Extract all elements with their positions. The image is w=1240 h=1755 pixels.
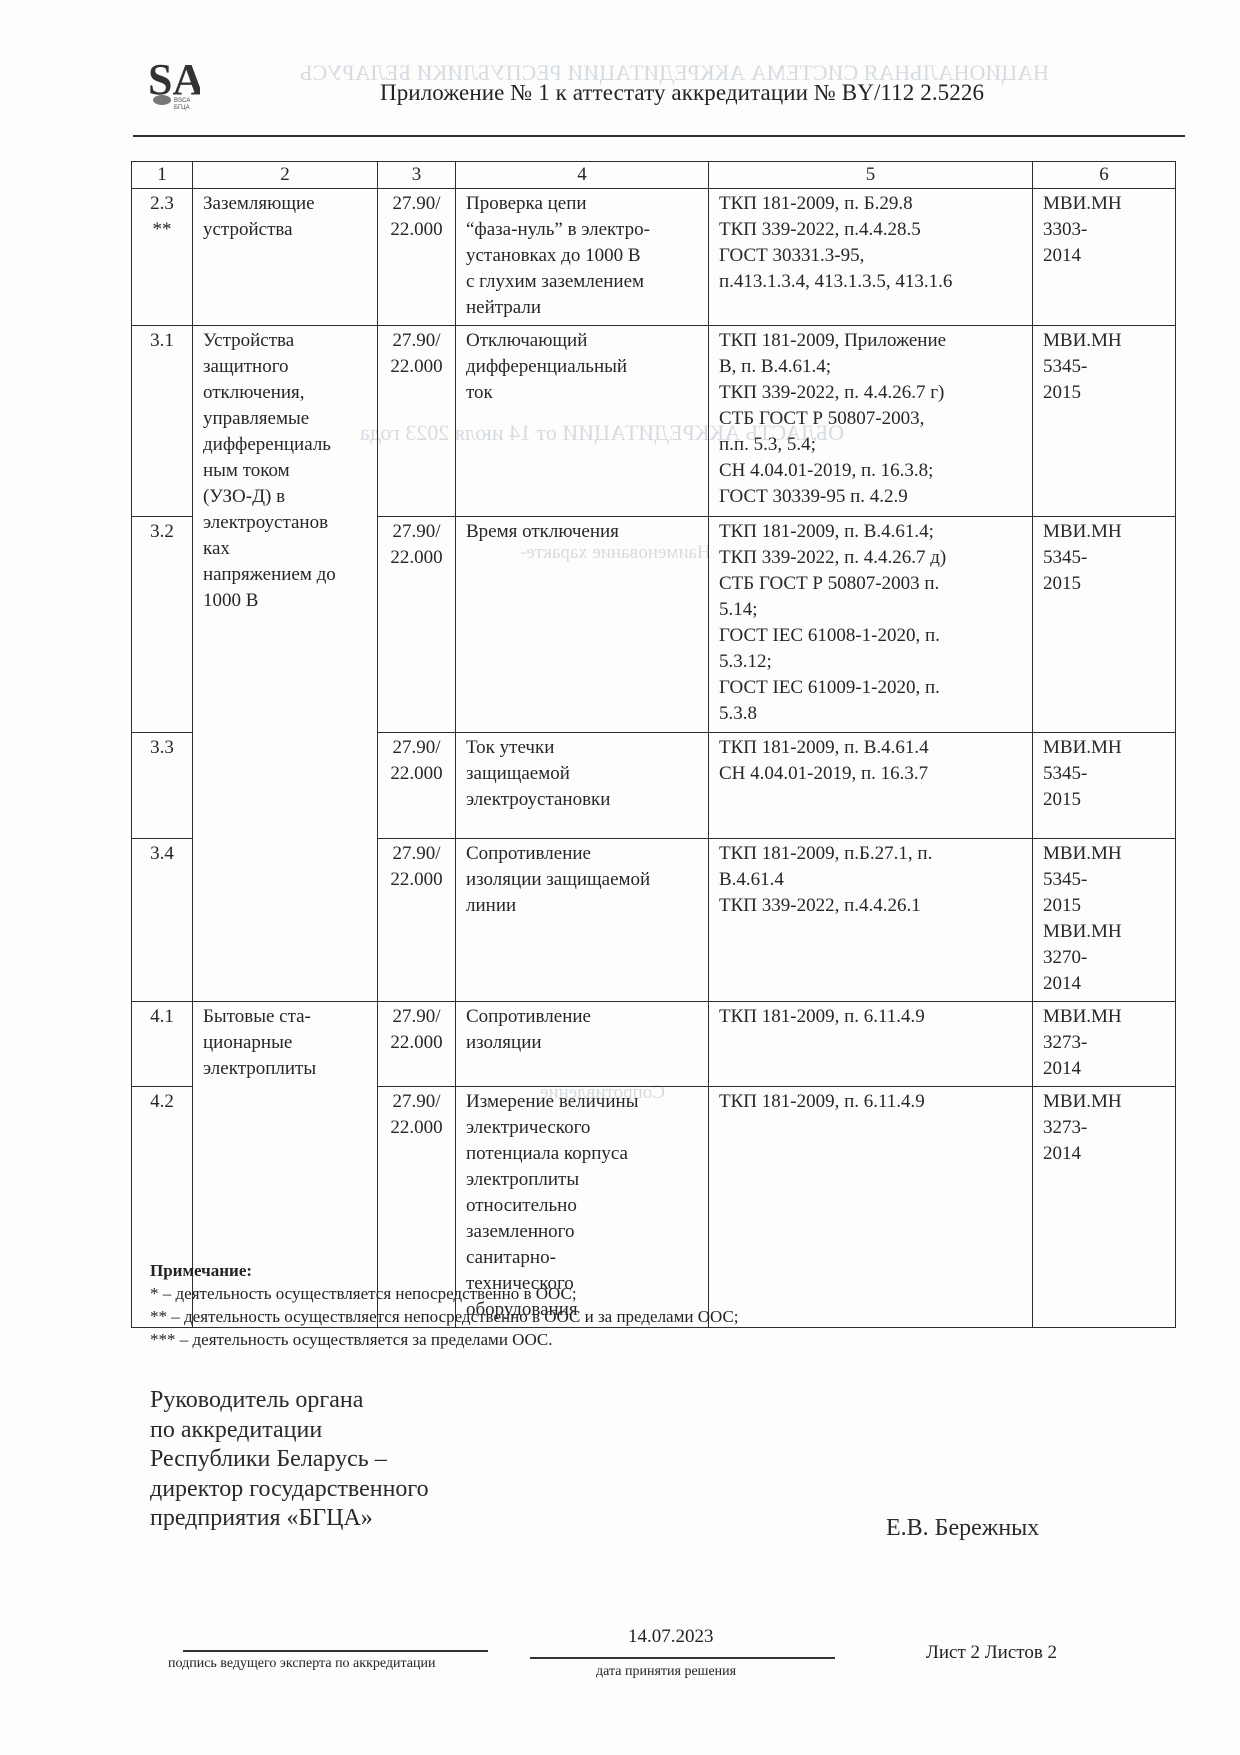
product-code: 27.90/22.000: [378, 733, 456, 839]
characteristic: Время отключения: [456, 517, 709, 733]
decision-date: 14.07.2023: [628, 1626, 714, 1648]
signatory-position: Руководитель органа по аккредитации Респ…: [150, 1386, 429, 1534]
svg-text:BSCA: BSCA: [174, 98, 190, 104]
product-code: 27.90/22.000: [378, 326, 456, 517]
characteristic: Ток утечкизащищаемойэлектроустановки: [456, 733, 709, 839]
row-number: 3.4: [132, 839, 193, 1002]
notes-section: Примечание: * – деятельность осуществляе…: [150, 1259, 739, 1351]
note-item: *** – деятельность осуществляется за пре…: [150, 1328, 739, 1351]
requirements-document: ТКП 181-2009, п. Б.29.8ТКП 339-2022, п.4…: [709, 189, 1033, 326]
row-number: 4.1: [132, 1002, 193, 1087]
method-document: МВИ.МН 5345-2015: [1033, 517, 1176, 733]
bsca-logo: SA BSCA БГЦА: [148, 56, 200, 112]
characteristic: Сопротивлениеизоляции защищаемойлинии: [456, 839, 709, 1002]
requirements-document: ТКП 181-2009, п. В.4.61.4СН 4.04.01-2019…: [709, 733, 1033, 839]
method-document: МВИ.МН 5345-2015МВИ.МН 3270-2014: [1033, 839, 1176, 1002]
test-object-rcd: Устройствазащитногоотключения,управляемы…: [193, 326, 378, 1002]
decision-date-caption: дата принятия решения: [596, 1664, 736, 1680]
row-number: 3.1: [132, 326, 193, 517]
row-number: 3.2: [132, 517, 193, 733]
requirements-document: ТКП 181-2009, п.Б.27.1, п.В.4.61.4ТКП 33…: [709, 839, 1033, 1002]
requirements-document: ТКП 181-2009, ПриложениеВ, п. В.4.61.4;Т…: [709, 326, 1033, 517]
row-number: 3.3: [132, 733, 193, 839]
sheet-number: Лист 2 Листов 2: [926, 1642, 1057, 1664]
table-row: 2.3** Заземляющиеустройства 27.90/22.000…: [132, 189, 1176, 326]
product-code: 27.90/22.000: [378, 839, 456, 1002]
decision-date-line: [530, 1657, 835, 1659]
header-divider: [133, 135, 1185, 137]
expert-signature-line: [183, 1650, 488, 1652]
column-number: 2: [193, 162, 378, 189]
note-item: * – деятельность осуществляется непосред…: [150, 1282, 739, 1305]
characteristic: Отключающийдифференциальныйток: [456, 326, 709, 517]
requirements-document: ТКП 181-2009, п. В.4.61.4;ТКП 339-2022, …: [709, 517, 1033, 733]
column-number: 3: [378, 162, 456, 189]
test-object: Заземляющиеустройства: [193, 189, 378, 326]
column-number: 5: [709, 162, 1033, 189]
requirements-document: ТКП 181-2009, п. 6.11.4.9: [709, 1002, 1033, 1087]
svg-text:БГЦА: БГЦА: [174, 105, 190, 111]
notes-title: Примечание:: [150, 1259, 739, 1282]
column-number: 4: [456, 162, 709, 189]
product-code: 27.90/22.000: [378, 517, 456, 733]
accreditation-scope-table: 1 2 3 4 5 6 2.3** Заземляющиеустройства …: [131, 161, 1176, 1328]
method-document: МВИ.МН 5345-2015: [1033, 733, 1176, 839]
product-code: 27.90/22.000: [378, 1002, 456, 1087]
expert-signature-caption: подпись ведущего эксперта по аккредитаци…: [168, 1656, 436, 1672]
method-document: МВИ.МН 5345-2015: [1033, 326, 1176, 517]
signatory-name: Е.В. Бережных: [886, 1515, 1039, 1542]
characteristic: Сопротивлениеизоляции: [456, 1002, 709, 1087]
method-document: МВИ.МН 3303-2014: [1033, 189, 1176, 326]
row-number: 2.3**: [132, 189, 193, 326]
product-code: 27.90/22.000: [378, 189, 456, 326]
requirements-document: ТКП 181-2009, п. 6.11.4.9: [709, 1087, 1033, 1328]
column-number: 1: [132, 162, 193, 189]
method-document: МВИ.МН 3273-2014: [1033, 1087, 1176, 1328]
table-row: 3.1 Устройствазащитногоотключения,управл…: [132, 326, 1176, 517]
column-number: 6: [1033, 162, 1176, 189]
document-title: Приложение № 1 к аттестату аккредитации …: [380, 80, 984, 106]
table-row: 4.1 Бытовые ста-ционарныеэлектроплиты 27…: [132, 1002, 1176, 1087]
note-item: ** – деятельность осуществляется непосре…: [150, 1305, 739, 1328]
characteristic: Проверка цепи“фаза-нуль” в электро-устан…: [456, 189, 709, 326]
method-document: МВИ.МН 3273-2014: [1033, 1002, 1176, 1087]
column-number-row: 1 2 3 4 5 6: [132, 162, 1176, 189]
